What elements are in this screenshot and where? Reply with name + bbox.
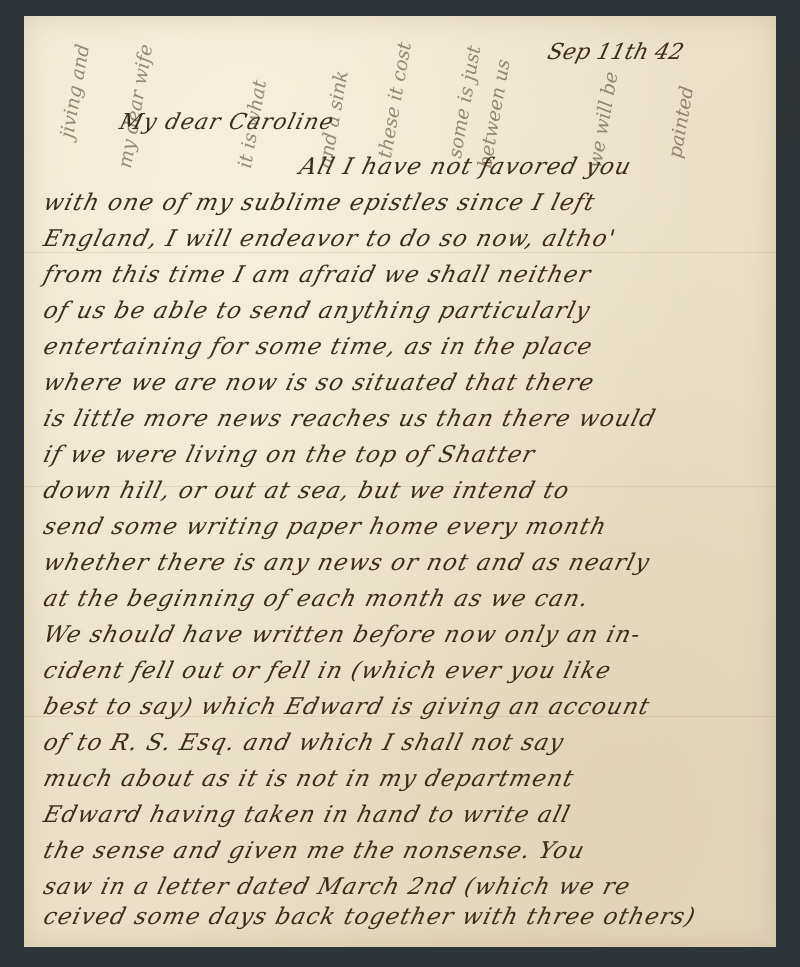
letter-line: the sense and given me the nonsense. You xyxy=(41,838,588,864)
cross-writing: jiving and xyxy=(56,42,94,139)
letter-line: All I have not favored you xyxy=(297,154,635,180)
letter-line: much about as it is not in my department xyxy=(41,766,577,792)
letter-line: Edward having taken in hand to write all xyxy=(41,802,574,828)
letter-line: where we are now is so situated that the… xyxy=(41,370,598,396)
letter-line: of us be able to send anything particula… xyxy=(41,298,594,324)
letter-line: whether there is any news or not and as … xyxy=(41,550,653,576)
letter-line: from this time I am afraid we shall neit… xyxy=(41,262,594,288)
letter-line: at the beginning of each month as we can… xyxy=(41,586,592,612)
letter-line: if we were living on the top of Shatter xyxy=(41,442,538,468)
letter-line: cident fell out or fell in (which ever y… xyxy=(41,658,615,684)
cross-writing: these it cost xyxy=(374,40,416,159)
letter-line: is little more news reaches us than ther… xyxy=(41,406,659,432)
fold-line xyxy=(24,252,776,253)
letter-date: Sep 11th 42 xyxy=(545,40,686,65)
letter-line: of to R. S. Esq. and which I shall not s… xyxy=(41,730,567,756)
letter-line: saw in a letter dated March 2nd (which w… xyxy=(41,874,634,900)
letter-line: We should have written before now only a… xyxy=(41,622,644,648)
letter-line: entertaining for some time, as in the pl… xyxy=(41,334,596,360)
letter-line: send some writing paper home every month xyxy=(41,514,610,540)
cross-writing: painted xyxy=(664,84,698,160)
letter-line: best to say) which Edward is giving an a… xyxy=(41,694,653,720)
cross-writing: 10 miles xyxy=(774,56,800,140)
letter-line: ceived some days back together with thre… xyxy=(41,904,699,930)
letter-line: down hill, or out at sea, but we intend … xyxy=(41,478,573,504)
salutation: My dear Caroline xyxy=(117,110,337,135)
letter-line: with one of my sublime epistles since I … xyxy=(41,190,599,216)
letter-line: England, I will endeavor to do so now, a… xyxy=(41,226,619,252)
cross-writing: my dear wife xyxy=(114,43,157,170)
